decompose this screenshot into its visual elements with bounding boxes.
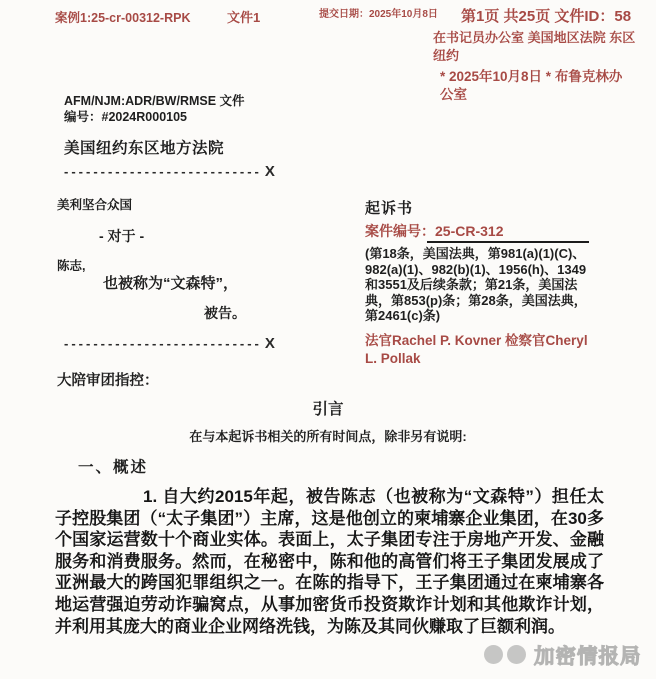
watermark-text: 加密情报局 — [534, 639, 642, 669]
defendant-name: 陈志, — [57, 256, 85, 274]
document-number: 文件1 — [227, 7, 260, 26]
x-mark: X — [265, 163, 275, 180]
watermark-logo-circle-icon — [484, 645, 503, 664]
dashed-line: --------------------------- — [64, 164, 262, 179]
introduction-title: 引言 — [0, 397, 656, 419]
watermark: 加密情报局 — [484, 639, 642, 669]
section-1-title: 一、概述 — [78, 455, 148, 477]
statute-citations: (第18条，美国法典，第981(a)(1)(C)、982(a)(1)、982(b… — [365, 246, 594, 324]
paragraph-1: 1. 自大约2015年起，被告陈志（也被称为“文森特”）担任太子控股集团（“太子… — [55, 486, 604, 637]
filing-office-stamp: * 2025年10月8日 * 布鲁克林办公室 — [440, 68, 630, 103]
dashed-line: --------------------------- — [64, 336, 262, 351]
court-name: 美国纽约东区地方法院 — [64, 136, 224, 158]
court-document-page: 案例1:25-cr-00312-RPK 文件1 提交日期：2025年10月8日 … — [0, 0, 656, 679]
x-mark: X — [265, 335, 275, 352]
case-number-underline — [427, 241, 589, 243]
introduction-note: 在与本起诉书相关的所有时间点，除非另有说明: — [0, 426, 656, 445]
case-number-header: 案例1:25-cr-00312-RPK — [55, 8, 190, 26]
case-number-label: 案件编号：25-CR-312 — [365, 221, 503, 241]
versus-label: - 对于 - — [99, 226, 144, 246]
caption-divider-bottom: --------------------------- X — [64, 335, 275, 352]
caption-divider-top: --------------------------- X — [64, 163, 275, 180]
defendant-alias: 也被称为“文森特”， — [103, 272, 238, 293]
filed-date: 提交日期：2025年10月8日 — [319, 5, 438, 20]
file-reference-line2: 编号：#2024R000105 — [64, 107, 187, 125]
indictment-title: 起诉书 — [365, 197, 413, 218]
watermark-logo-circle-icon — [507, 645, 526, 664]
grand-jury-charge: 大陪审团指控： — [57, 369, 159, 390]
defendant-label: 被告。 — [204, 303, 246, 323]
judge-names: 法官Rachel P. Kovner 检察官Cheryl L. Pollak — [365, 332, 603, 367]
page-info: 第1页 共25页 文件ID：58 — [461, 5, 631, 26]
clerk-office-stamp: 在书记员办公室 美国地区法院 东区纽约 — [433, 29, 638, 64]
plaintiff-name: 美利坚合众国 — [57, 195, 132, 213]
